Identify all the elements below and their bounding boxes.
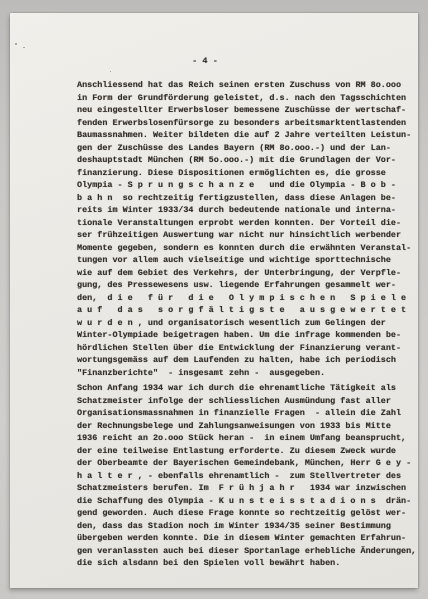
text-line: Schon Anfang 1934 war ich durch die ehre… [77, 382, 411, 395]
body-text: Anschliessend hat das Reich seinen erste… [77, 79, 411, 570]
text-line: Schatzmeisters berufen. Im F r ü h j a h… [77, 482, 411, 495]
text-line: w u r d e n , und organisatorisch wesent… [77, 317, 411, 330]
text-line: die sich alsdann bei den Spielen voll be… [77, 557, 411, 570]
scan-speck [23, 47, 25, 48]
text-line: Olympia - S p r u n g s c h a n z e und … [77, 179, 411, 192]
text-line: Momente gegeben, sondern es konnten durc… [77, 242, 411, 255]
text-line: wie auf dem Gebiet des Verkehrs, der Unt… [77, 267, 411, 280]
text-line: die Schaffung des Olympia - K u n s t e … [77, 495, 411, 508]
text-line: hördlichen Stellen über die Entwicklung … [77, 342, 411, 355]
text-line: übergeben werden konnte. Die in diesem W… [77, 532, 411, 545]
paper-page: - 4 - Anschliessend hat das Reich seinen… [10, 13, 418, 588]
scan-speck [15, 43, 17, 45]
text-line: h a l t e r , - ebenfalls ehrenamtlich -… [77, 470, 411, 483]
paragraph-2: Schon Anfang 1934 war ich durch die ehre… [77, 382, 411, 570]
text-line: ser frühzeitigen Auswertung war nicht nu… [77, 229, 411, 242]
text-line: b a h n so rechtzeitig fertigzustellen, … [77, 192, 411, 205]
text-line: deshauptstadt München (RM 5o.ooo.-) mit … [77, 154, 411, 167]
text-line: gung, des Pressewesens usw. liegende Erf… [77, 279, 411, 292]
text-line: fenden Erwerbslosenfürsorge zu besonders… [77, 117, 411, 130]
text-line: der Oberbeamte der Bayerischen Gemeindeb… [77, 457, 411, 470]
text-line: Winter-Olympiade beigetragen haben. Um d… [77, 329, 411, 342]
page-number: - 4 - [10, 56, 400, 66]
text-line: gen der Zuschüsse des Landes Bayern (RM … [77, 142, 411, 155]
text-line: 1936 reicht an 2o.ooo Stück heran - in e… [77, 432, 411, 445]
text-line: wortungsgemäss auf dem Laufenden zu halt… [77, 354, 411, 367]
text-line: den, d i e f ü r d i e O l y m p i s c h… [77, 292, 411, 305]
text-line: Anschliessend hat das Reich seinen erste… [77, 79, 411, 92]
text-line: gend geworden. Auch diese Frage konnte s… [77, 507, 411, 520]
paragraph-1: Anschliessend hat das Reich seinen erste… [77, 79, 411, 379]
text-line: der Rechnungsbelege und Zahlungsanweisun… [77, 420, 411, 433]
text-line: Organisationsmassnahmen in finanzielle F… [77, 407, 411, 420]
text-line: den, dass das Stadion noch im Winter 193… [77, 520, 411, 533]
text-line: finanzierung. Diese Dispositionen ermögl… [77, 167, 411, 180]
text-line: tungen vor allem auch vielseitige und wi… [77, 254, 411, 267]
scan-speck [110, 71, 111, 72]
text-line: in Form der Grundförderung geleistet, d.… [77, 92, 411, 105]
text-line: reits im Winter 1933/34 durch bedeutende… [77, 204, 411, 217]
text-line: gen veranlassten auch bei dieser Sportan… [77, 545, 411, 558]
text-line: a u f d a s s o r g f ä l t i g s t e a … [77, 304, 411, 317]
scanned-document: - 4 - Anschliessend hat das Reich seinen… [0, 0, 428, 599]
text-line: der eine teilweise Entlastung erforderte… [77, 445, 411, 458]
text-line: Schatzmeister infolge der schliesslichen… [77, 395, 411, 408]
text-line: tionale Veranstaltungen erprobt werden k… [77, 217, 411, 230]
text-line: Baumassnahmen. Weiter bildeten die auf 2… [77, 129, 411, 142]
text-line: neu eingestellter Erwerbsloser bemessene… [77, 104, 411, 117]
text-line: "Finanzberichte" - insgesamt zehn - ausg… [77, 367, 411, 380]
